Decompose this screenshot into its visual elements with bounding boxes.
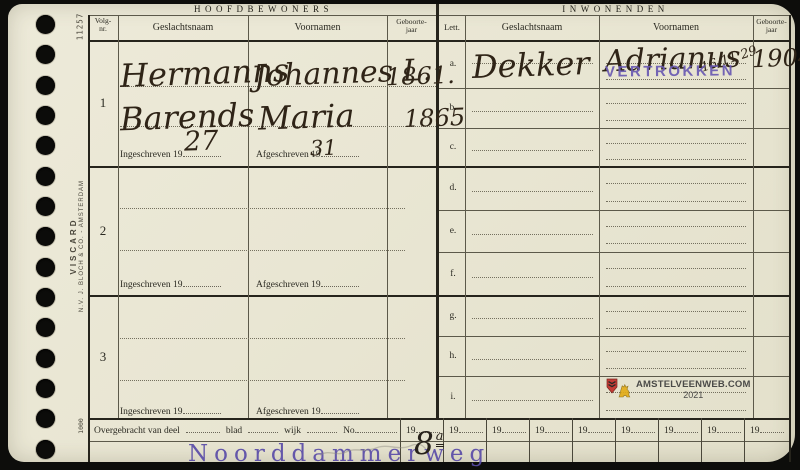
punch-hole: [36, 288, 55, 307]
dotted-line: [472, 276, 593, 278]
dotted-line: [120, 337, 405, 339]
hoofdbewoner-block-3: 3: [88, 295, 437, 418]
inwonende-row-d: d.: [439, 166, 791, 210]
header-voornamen-right: Voornamen: [599, 22, 753, 33]
lett-value: c.: [441, 142, 465, 152]
punch-hole: [36, 258, 55, 277]
entry-geboortejaar: 1904.: [752, 43, 800, 73]
punch-hole: [36, 167, 55, 186]
volgnr-value: 3: [88, 349, 118, 365]
lett-value: f.: [441, 269, 465, 279]
year-cell: 19: [658, 418, 702, 462]
scanned-register-card: 11257 VISCARD N.V. J. BLOCH & CO. - AMST…: [0, 0, 800, 470]
amstelveen-crest-icon: [606, 378, 632, 400]
register-form: HOOFDBEWONERS INWONENDEN: [88, 4, 792, 462]
card-serial-number: 11257: [76, 3, 85, 51]
section-title-inwonenden: INWONENDEN: [440, 4, 791, 15]
year-cell: 19: [486, 418, 530, 462]
dotted-line: [606, 350, 746, 352]
lett-value: b.: [441, 103, 465, 113]
header-volgnr: Volg- nr.: [88, 17, 118, 33]
dotted-line: [472, 149, 593, 151]
header-lett: Lett.: [439, 22, 465, 33]
afgeschreven-label: Afgeschreven 19: [256, 404, 359, 417]
ingeschreven-label: Ingeschreven 19: [120, 404, 221, 417]
year-cell: 19: [701, 418, 745, 462]
lett-value: g.: [441, 311, 465, 321]
header-geboortejaar-right: Geboorte- jaar: [753, 18, 790, 34]
dotted-line: [472, 358, 593, 360]
dotted-line: [120, 379, 405, 381]
afgeschreven-label: Afgeschreven 19: [256, 147, 359, 160]
card-paper: 11257 VISCARD N.V. J. BLOCH & CO. - AMST…: [8, 4, 795, 462]
printer-imprint: VISCARD N.V. J. BLOCH & CO. - AMSTERDAM: [69, 153, 85, 339]
printer-name: VISCARD: [69, 153, 78, 339]
hoofdbewoner-block-2: 2: [88, 166, 437, 295]
dotted-line: [606, 242, 746, 244]
house-number-suffix: a: [436, 429, 444, 447]
punch-hole: [36, 440, 55, 459]
watermark-site: AMSTELVEENWEB.COM: [636, 379, 751, 390]
inwonende-row-f: f.: [439, 252, 791, 295]
afgeschreven-year-value: 31: [310, 136, 338, 161]
section-title-hoofdbewoners: HOOFDBEWONERS: [88, 4, 439, 15]
lett-value: i.: [441, 392, 465, 402]
punch-hole: [36, 136, 55, 155]
volgnr-value: 2: [88, 223, 118, 239]
dotted-line: [472, 110, 593, 112]
dotted-line: [606, 158, 746, 160]
dotted-line: [472, 317, 593, 319]
header-voornamen-left: Voornamen: [248, 22, 387, 33]
overgebracht-row: Overgebracht van deelbladwijkNo.: [94, 423, 397, 436]
punch-hole: [36, 227, 55, 246]
punch-hole: [36, 76, 55, 95]
dotted-line: [606, 285, 746, 287]
watermark: AMSTELVEENWEB.COM 2021: [606, 378, 751, 400]
year-cell: 19: [744, 418, 790, 462]
lett-value: a.: [441, 59, 465, 69]
volgnr-value: 1: [88, 95, 118, 111]
punch-hole: [36, 197, 55, 216]
house-number: 8a: [414, 426, 444, 462]
inwonende-row-b: b.: [439, 88, 791, 128]
house-number-value: 8: [414, 426, 434, 462]
ingeschreven-year-value: 27: [183, 125, 218, 157]
dotted-line: [606, 200, 746, 202]
printer-address: N.V. J. BLOCH & CO. - AMSTERDAM: [79, 153, 85, 339]
dotted-line: [472, 190, 593, 192]
entry-geslachtsnaam: Dekker: [471, 44, 590, 86]
year-cell: 19: [572, 418, 616, 462]
dotted-line: [606, 327, 746, 329]
lett-value: e.: [441, 226, 465, 236]
dotted-line: [606, 409, 746, 411]
punch-hole: [36, 318, 55, 337]
header-geslachtsnaam-left: Geslachtsnaam: [118, 22, 248, 33]
dotted-line: [606, 225, 746, 227]
afgeschreven-label: Afgeschreven 19: [256, 277, 359, 290]
dotted-line: [606, 310, 746, 312]
punch-hole: [36, 15, 55, 34]
dotted-line: [606, 267, 746, 269]
dotted-line: [606, 119, 746, 121]
punch-hole: [36, 349, 55, 368]
vertrokken-stamp: VERTROKKEN: [605, 62, 735, 80]
pencil-scribble: [318, 444, 428, 460]
inwonende-row-g: g.: [439, 295, 791, 336]
dotted-line: [120, 249, 405, 251]
entry-voornamen: Maria: [257, 96, 355, 137]
dotted-line: [606, 182, 746, 184]
dotted-line: [606, 367, 746, 369]
watermark-year: 2021: [636, 390, 751, 400]
dotted-line: [120, 207, 405, 209]
header-geboortejaar-left: Geboorte- jaar: [387, 18, 436, 34]
inwonende-row-c: c.: [439, 128, 791, 166]
punch-hole: [36, 45, 55, 64]
dotted-line: [472, 399, 593, 401]
punch-hole: [36, 379, 55, 398]
lett-value: h.: [441, 351, 465, 361]
dotted-line: [472, 233, 593, 235]
inwonende-row-e: e.: [439, 210, 791, 252]
year-cell: 19: [529, 418, 573, 462]
dotted-line: [606, 102, 746, 104]
dotted-line: [606, 142, 746, 144]
punch-hole: [36, 106, 55, 125]
rule: [88, 15, 791, 16]
inwonende-row-h: h.: [439, 336, 791, 376]
lett-value: d.: [441, 183, 465, 193]
punch-hole: [36, 409, 55, 428]
header-geslachtsnaam-right: Geslachtsnaam: [465, 22, 599, 33]
year-cell: 19: [615, 418, 659, 462]
ingeschreven-label: Ingeschreven 19: [120, 277, 221, 290]
stock-code: 1000: [77, 409, 85, 443]
